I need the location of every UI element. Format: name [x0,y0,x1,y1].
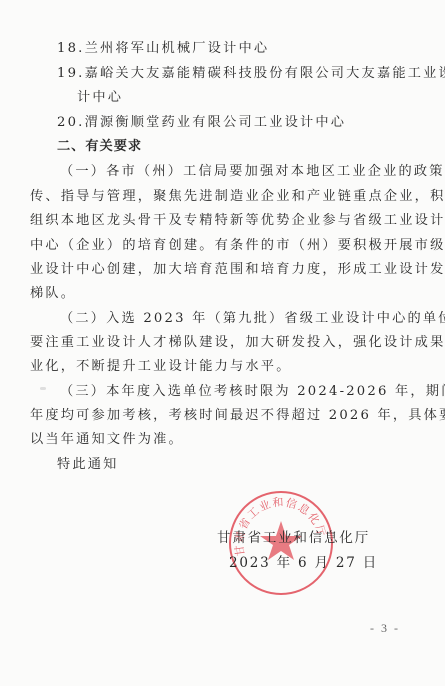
paragraph-2-line: （二）入选 2023 年（第九批）省级工业设计中心的单位， [60,311,445,327]
paragraph-3-line: 年度均可参加考核，考核时间最迟不得超过 2026 年，具体要求 [30,408,445,424]
list-item-19: 19.嘉峪关大友嘉能精碳科技股份有限公司大友嘉能工业设 [57,66,445,82]
paragraph-2-line: 业化，不断提升工业设计能力与水平。 [30,359,292,375]
paragraph-1-line: 梯队。 [30,286,76,302]
list-item-19-continuation: 计中心 [77,90,123,106]
list-item-number: 19. [57,66,85,81]
paragraph-3-line: （三）本年度入选单位考核时限为 2024-2026 年，期间任一 [60,384,445,400]
paragraph-3-line: 以当年通知文件为准。 [30,432,184,448]
paragraph-1-line: 中心（企业）的培育创建。有条件的市（州）要积极开展市级工 [30,238,445,254]
signature-organization: 甘肃省工业和信息化厅 [217,526,370,546]
list-item-number: 20. [57,115,85,130]
paragraph-1-line: 业设计中心创建，加大培育范围和培育力度，形成工业设计发展 [30,262,445,278]
paragraph-1-line: （一）各市（州）工信局要加强对本地区工业企业的政策宣 [60,164,445,180]
list-item-text: 渭源衡顺堂药业有限公司工业设计中心 [85,115,347,130]
paragraph-1-line: 传、指导与管理，聚焦先进制造业企业和产业链重点企业，积极 [30,189,445,205]
document-page: 18.兰州将军山机械厂设计中心 19.嘉峪关大友嘉能精碳科技股份有限公司大友嘉能… [0,0,445,686]
paragraph-1-line: 组织本地区龙头骨干及专精特新等优势企业参与省级工业设计 [30,213,445,229]
scan-smudge [40,387,46,390]
paragraph-2-line: 要注重工业设计人才梯队建设，加大研发投入，强化设计成果产 [30,335,445,351]
signature-date: 2023 年 6 月 27 日 [229,551,378,571]
list-item-18: 18.兰州将军山机械厂设计中心 [57,41,269,57]
list-item-text: 兰州将军山机械厂设计中心 [85,41,270,56]
list-item-20: 20.渭源衡顺堂药业有限公司工业设计中心 [57,115,346,131]
closing-text: 特此通知 [57,457,119,473]
list-item-number: 18. [57,41,85,56]
list-item-text: 嘉峪关大友嘉能精碳科技股份有限公司大友嘉能工业设 [85,66,445,81]
section-heading: 二、有关要求 [57,139,142,155]
page-number: - 3 - [370,621,400,636]
